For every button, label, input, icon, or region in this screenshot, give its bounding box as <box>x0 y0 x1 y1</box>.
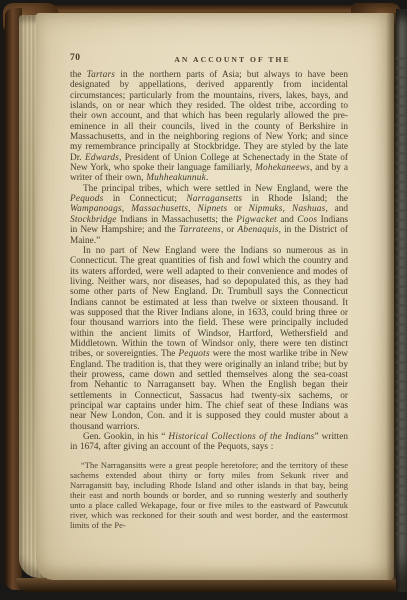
book-page: 70 AN ACCOUNT OF THE the Tartars in the … <box>36 13 394 580</box>
page-header: 70 AN ACCOUNT OF THE <box>70 53 349 65</box>
facing-page-blurred-text <box>396 55 407 540</box>
page-number: 70 <box>70 53 81 63</box>
running-head: AN ACCOUNT OF THE <box>116 55 349 64</box>
paragraph: “The Narragansitts were a great people h… <box>70 460 348 531</box>
paragraph: Gen. Gookin, in his “ Historical Collect… <box>70 432 348 453</box>
book-cover-bottom-edge <box>16 578 400 592</box>
facing-page-edge <box>396 9 407 592</box>
paragraph: In no part of New England were the India… <box>70 246 348 432</box>
page-text: the Tartars in the northern parts of Asi… <box>70 70 348 530</box>
paragraph: The principal tribes, which were settled… <box>70 184 348 246</box>
paragraph: the Tartars in the northern parts of Asi… <box>70 70 348 184</box>
scanned-book-photo: 70 AN ACCOUNT OF THE the Tartars in the … <box>0 0 407 600</box>
